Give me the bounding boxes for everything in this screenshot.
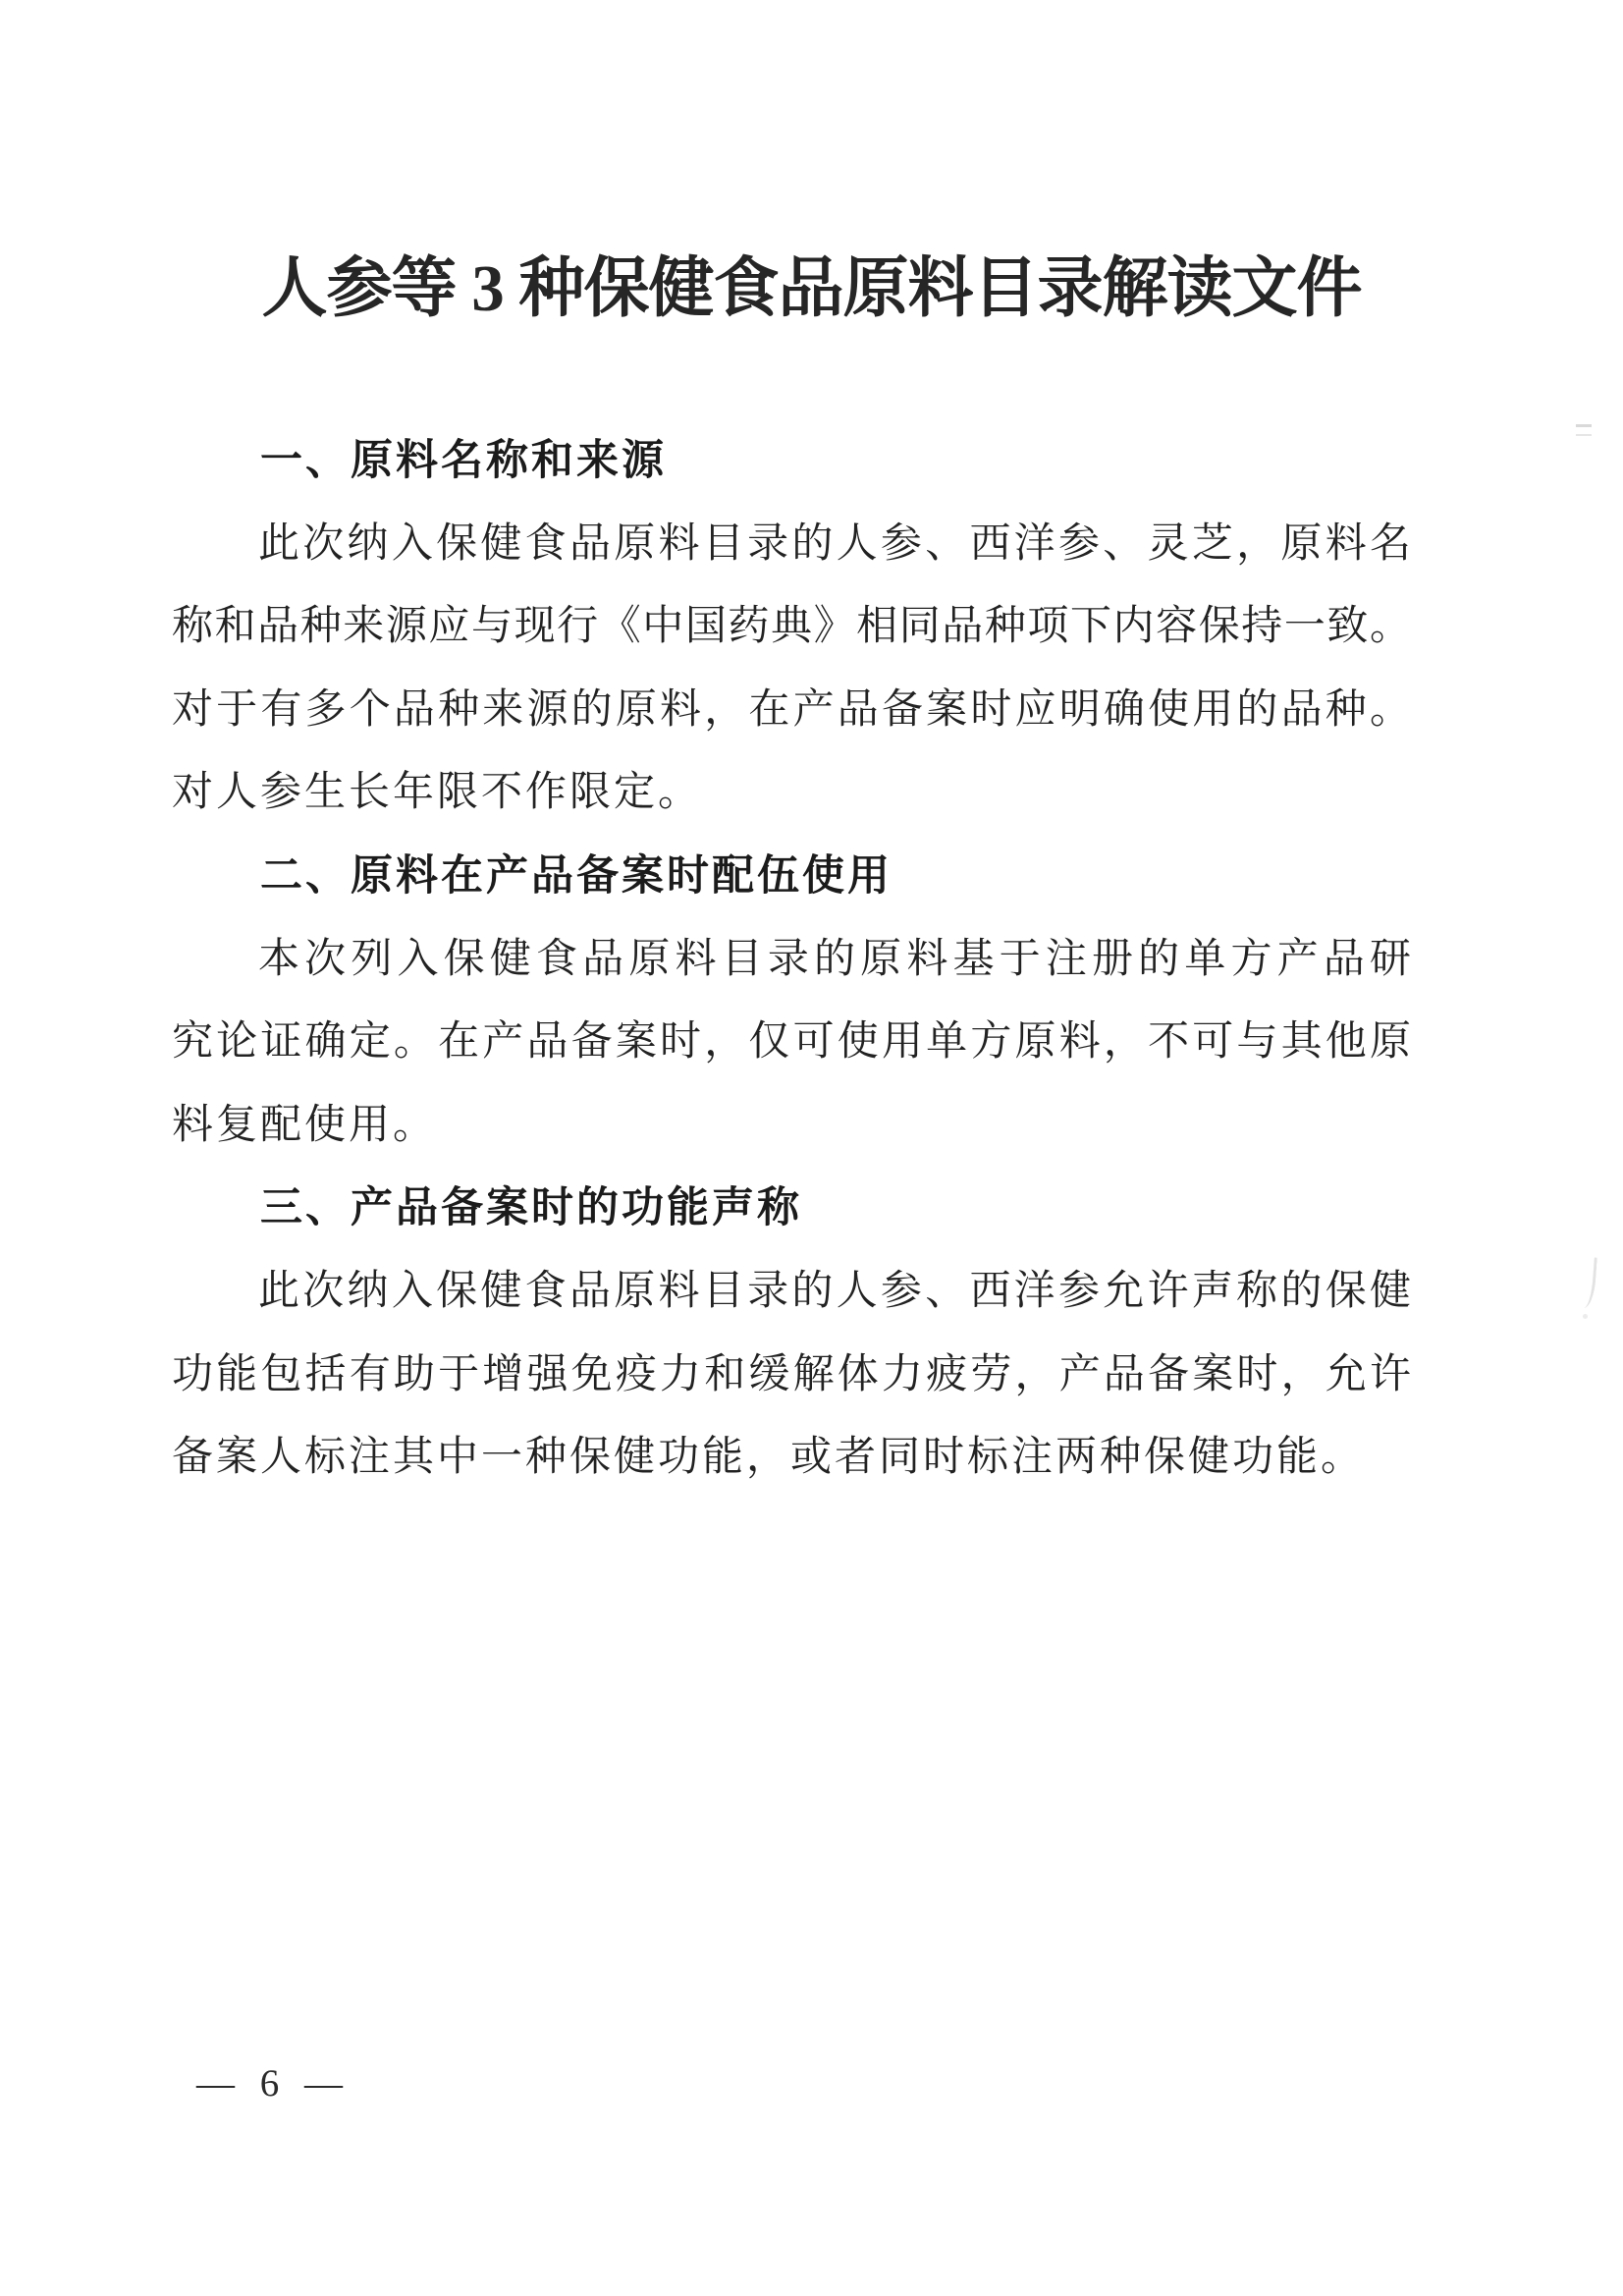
body-line: 此次纳入保健食品原料目录的人参、西洋参、灵芝，原料名	[172, 503, 1411, 586]
body-line: 此次纳入保健食品原料目录的人参、西洋参允许声称的保健	[172, 1250, 1411, 1334]
scan-artifact	[1583, 1314, 1588, 1319]
body-line: 对于有多个品种来源的原料，在产品备案时应明确使用的品种。	[172, 669, 1411, 752]
body-line: 料复配使用。	[172, 1084, 1411, 1168]
document-page: 人参等 3 种保健食品原料目录解读文件 一、原料名称和来源 此次纳入保健食品原料…	[0, 0, 1623, 2296]
document-title: 人参等 3 种保健食品原料目录解读文件	[0, 244, 1623, 334]
body-line: 究论证确定。在产品备案时，仅可使用单方原料，不可与其他原	[172, 1001, 1411, 1084]
body-line: 本次列入保健食品原料目录的原料基于注册的单方产品研	[172, 918, 1411, 1002]
body-line: 功能包括有助于增强免疫力和缓解体力疲劳，产品备案时，允许	[172, 1334, 1411, 1417]
body-line: 备案人标注其中一种保健功能，或者同时标注两种保健功能。	[172, 1416, 1411, 1500]
document-body: 一、原料名称和来源 此次纳入保健食品原料目录的人参、西洋参、灵芝，原料名 称和品…	[172, 419, 1411, 1500]
section-heading-2: 二、原料在产品备案时配伍使用	[172, 835, 1411, 918]
section-heading-3: 三、产品备案时的功能声称	[172, 1167, 1411, 1250]
scan-artifact	[1577, 1256, 1597, 1308]
scan-artifact	[1576, 424, 1592, 436]
section-heading-1: 一、原料名称和来源	[172, 419, 1411, 503]
body-line: 称和品种来源应与现行《中国药典》相同品种项下内容保持一致。	[172, 585, 1411, 669]
body-line: 对人参生长年限不作限定。	[172, 751, 1411, 835]
page-number: — 6 —	[196, 2060, 351, 2107]
